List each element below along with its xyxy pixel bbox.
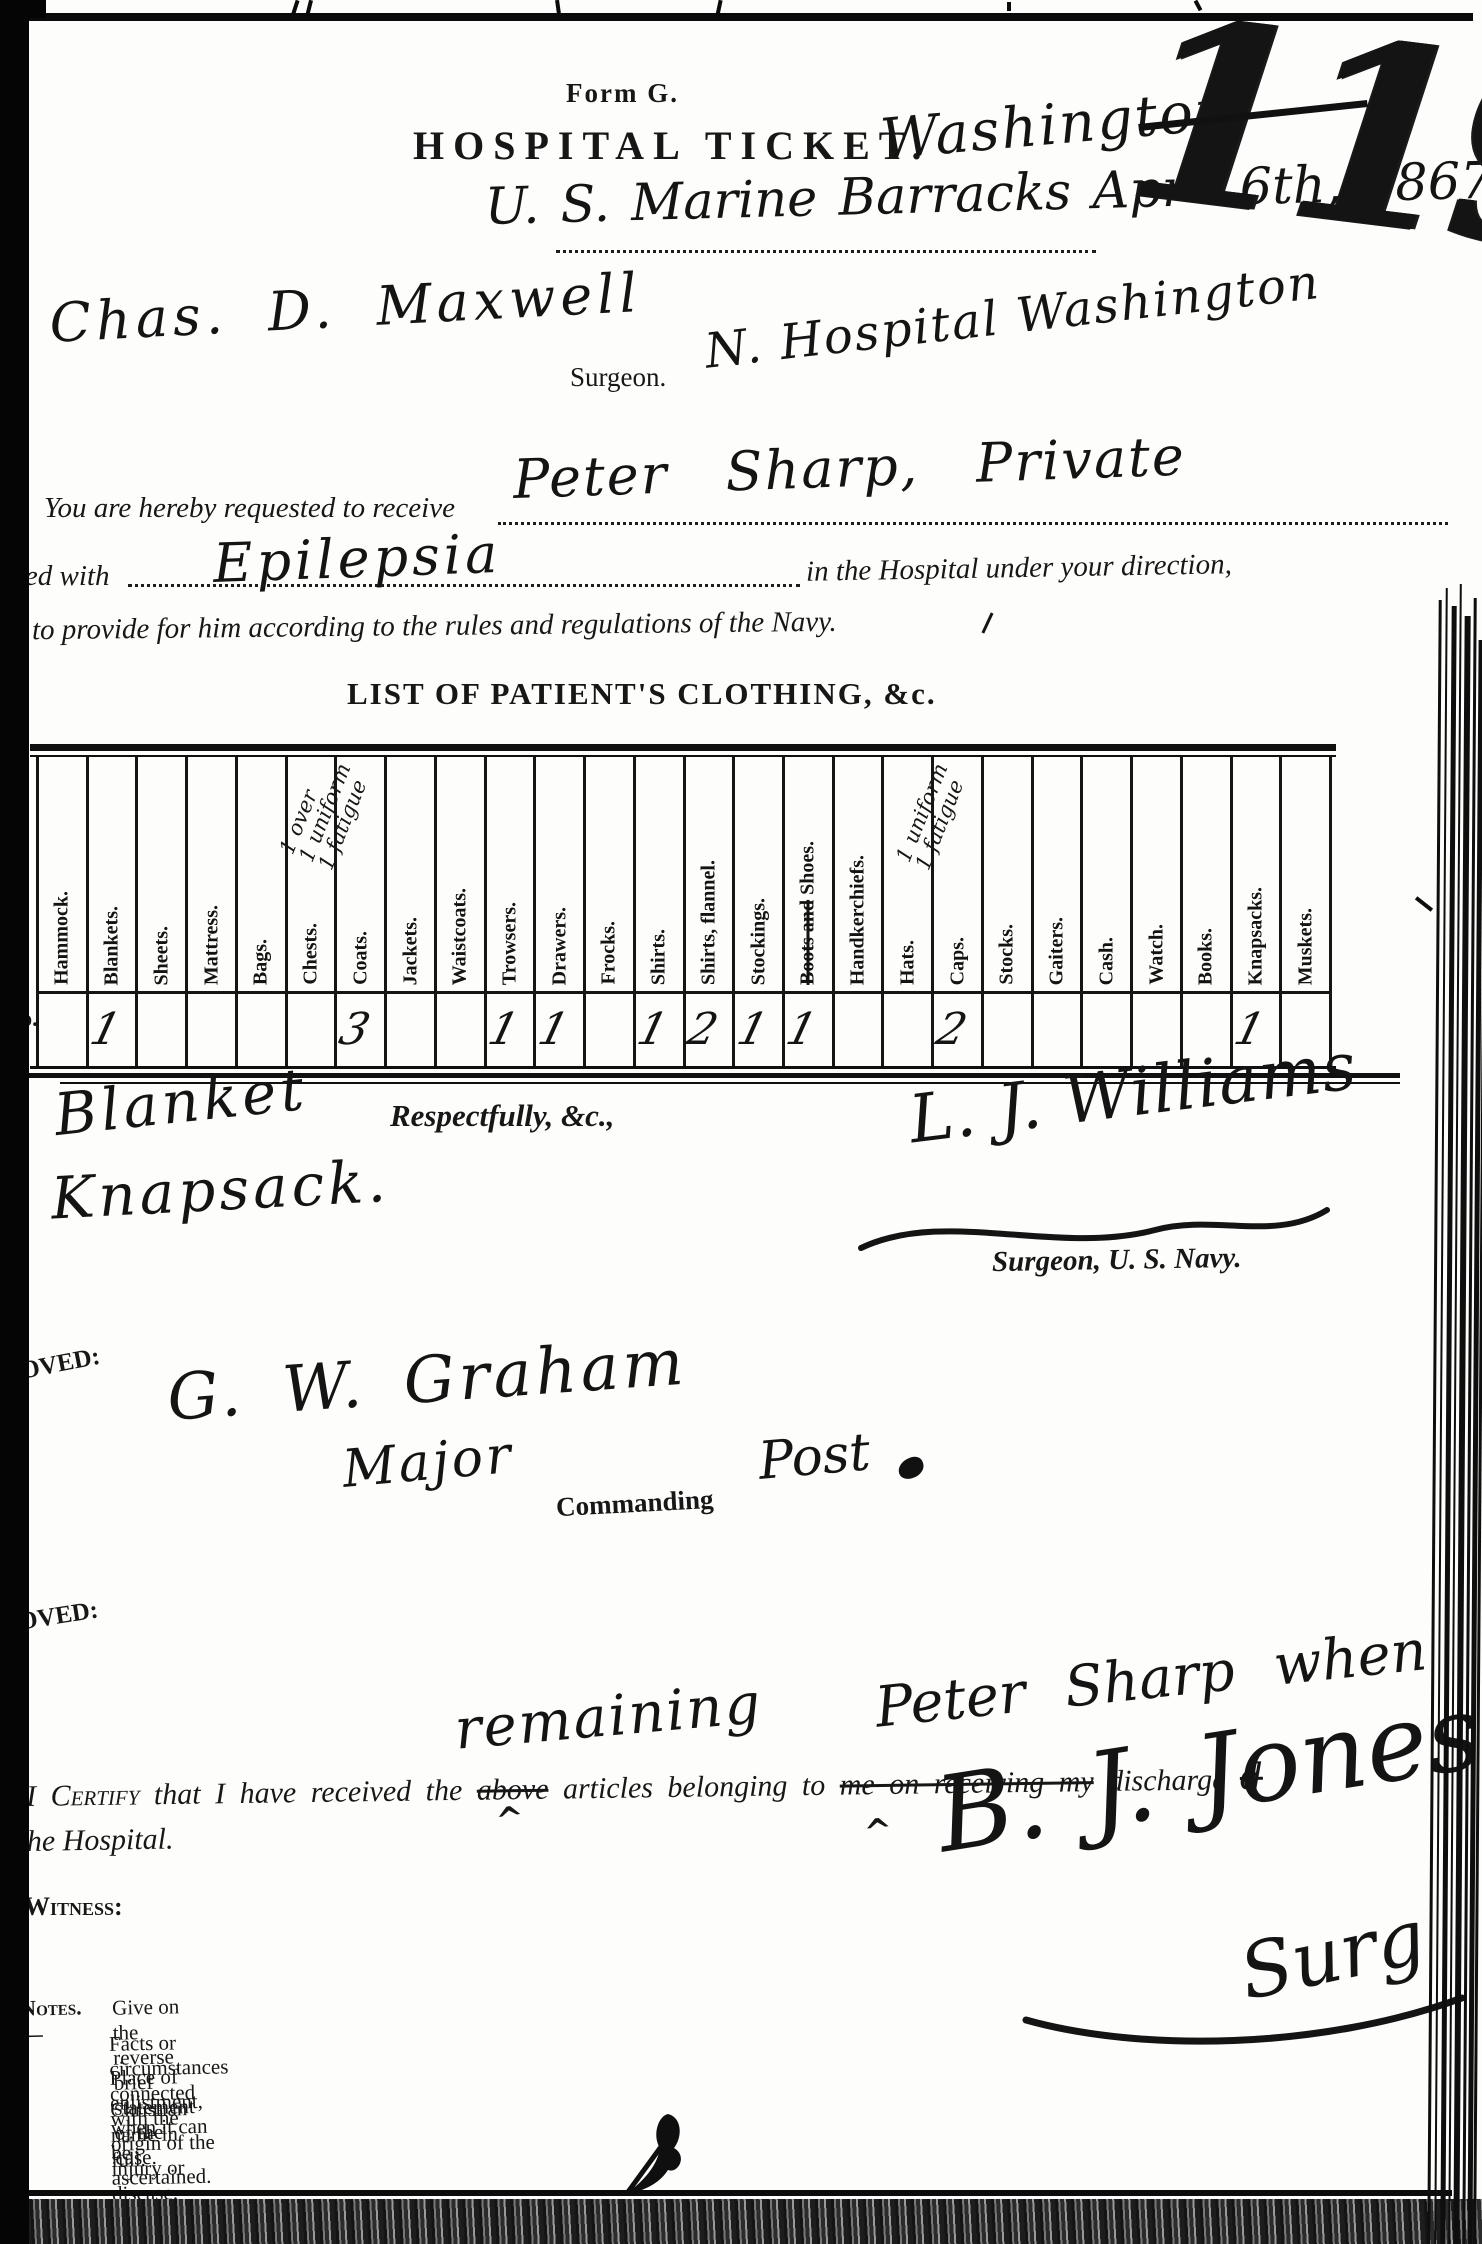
certify-text: that I have received the [139,1774,477,1812]
provide-printed-line: to provide for him according to the rule… [32,606,837,647]
column-value-cell [138,994,185,1064]
binding-hook-mark [1415,896,1433,911]
column-header-cell: Trowsers. [487,757,534,994]
column-value: 1 [632,1004,673,1055]
scan-corner-blob [0,0,46,18]
cropped-handwriting-stroke [555,0,561,14]
column-label: Trowsers. [498,902,521,985]
ink-blot [608,2104,728,2199]
clothing-column: Shirts, flannel.2 [683,757,733,1066]
document-page: Form G. HOSPITAL TICKET. Washington 119 … [0,0,1482,2244]
column-header-cell: Handkerchiefs. [835,757,882,994]
column-header-cell: Blankets. [89,757,136,994]
clothing-column: Shirts.1 [633,757,683,1066]
ink-blob [895,1454,926,1482]
scan-bottom-band [0,2199,1482,2244]
column-value-cell [39,994,86,1064]
column-label: Hats. [896,940,919,985]
handwritten-station: N. Hospital Washington [702,254,1323,380]
column-header-cell: Stockings. [735,757,782,994]
column-label: Shirts. [648,929,671,985]
clothing-column: Hammock. [36,757,86,1066]
column-label: Books. [1195,928,1218,985]
clothing-column: Coats.1 over1 uniform1 fatigue3 [334,757,384,1066]
surgeon-title: Surgeon, U. S. Navy. [992,1242,1242,1279]
column-header-cell: Watch. [1133,757,1180,994]
signature-swoosh [1020,1990,1470,2060]
column-value-cell [835,994,882,1064]
column-label: Cash. [1095,937,1118,985]
column-header-cell: Waistcoats. [437,757,484,994]
column-header-cell: Shirts. [636,757,683,994]
column-header-cell: Books. [1183,757,1230,994]
insertion-caret: ^ [862,1811,895,1854]
column-label: Mattress. [200,905,223,985]
clothing-column: Drawers.1 [533,757,583,1066]
column-value: 1 [782,1004,823,1055]
column-label: Shirts, flannel. [697,860,720,985]
table-top-border [30,744,1336,751]
clothing-column: Books. [1180,757,1230,1066]
column-value-cell [1183,994,1230,1064]
column-header-cell: Frocks. [586,757,633,994]
clothing-column: Boots and Shoes.1 [782,757,832,1066]
handwritten-rank: Major [340,1425,516,1500]
column-label: Knapsacks. [1244,887,1267,985]
column-header-cell: Knapsacks. [1233,757,1280,994]
column-value-cell [586,994,633,1064]
clothing-column: Frocks. [583,757,633,1066]
column-label: Hammock. [51,891,74,985]
column-value-cell [1034,994,1081,1064]
column-header-cell: Drawers. [536,757,583,994]
handwritten-left-note-knapsack: 1 Knapsack. [0,1147,391,1236]
column-value: 1 [533,1004,574,1055]
handwritten-patient-name: Peter Sharp, Private [512,425,1187,511]
column-label: Caps. [946,937,969,985]
column-label: Watch. [1145,924,1168,985]
column-header-cell: Hammock. [39,757,86,994]
column-label: Frocks. [598,921,621,985]
column-value-cell: 1 [636,994,683,1064]
column-label: Stocks. [996,924,1019,985]
document-title: HOSPITAL TICKET. [413,122,930,169]
column-header-cell: Sheets. [138,757,185,994]
clothing-column: Mattress. [185,757,235,1066]
clothing-column: Blankets.1 [86,757,136,1066]
column-label: Jackets. [399,917,422,985]
column-value-cell: 1 [89,994,136,1064]
column-value-cell [188,994,235,1064]
respectfully-label: Respectfully, &c., [390,1098,614,1134]
clothing-column: Caps.1 uniform1 fatigue2 [931,757,981,1066]
column-label: Handkerchiefs. [847,855,870,985]
column-header-cell: Mattress. [188,757,235,994]
clothing-column: Handkerchiefs. [832,757,882,1066]
handwritten-post: Post [756,1422,873,1492]
column-header-cell: Muskets. [1282,757,1329,994]
clothing-column: Jackets. [384,757,434,1066]
surgeon-label: Surgeon. [570,362,666,393]
column-value-cell: 1 [785,994,832,1064]
insertion-caret: ^ [493,1798,527,1842]
clothing-table: Hammock.Blankets.1Sheets.Mattress.Bags.C… [36,757,1332,1066]
dotted-leader-line [128,584,800,587]
column-label: Muskets. [1294,908,1317,985]
column-value-cell [437,994,484,1064]
scan-top-rule [26,13,1473,21]
column-value: 2 [931,1004,972,1055]
column-value-cell: 3 [337,994,384,1064]
column-value-cell: 1 [1233,994,1280,1064]
clothing-column: Stocks. [981,757,1031,1066]
column-value-cell [884,994,931,1064]
cropped-handwriting-stroke [1007,2,1011,11]
clothing-column: Trowsers.1 [484,757,534,1066]
scan-bottom-rule [0,2190,1452,2196]
clothing-column: Gaiters. [1031,757,1081,1066]
column-header-cell: Stocks. [984,757,1031,994]
struck-label-part: Boots and [797,900,819,985]
column-value: 1 [483,1004,524,1055]
clothing-column: Muskets. [1279,757,1332,1066]
request-printed-text: You are hereby requested to receive [44,492,455,525]
column-value: 1 [1229,1004,1270,1055]
column-value-cell: 1 [536,994,583,1064]
column-value-cell: 2 [686,994,733,1064]
column-value-cell [984,994,1031,1064]
column-header-cell: Boots and Shoes. [785,757,832,994]
witness-label: Witness: [24,1892,123,1922]
form-label: Form G. [566,78,679,109]
column-header-cell: Caps.1 uniform1 fatigue [934,757,981,994]
column-header-cell: Shirts, flannel. [686,757,733,994]
clothing-column: Stockings.1 [732,757,782,1066]
certify-text: to [802,1769,840,1803]
note-line: Christian name in full. [110,2096,189,2173]
column-value: 3 [334,1004,375,1055]
column-label: Chests. [300,923,323,985]
certify-text: articles belonging [548,1769,802,1806]
column-value: 1 [85,1004,126,1055]
column-value: 1 [732,1004,773,1055]
clothing-column: Waistcoats. [434,757,484,1066]
handwritten-left-note-blanket: 1 Blanket [0,1055,311,1156]
column-header-cell: Bags. [238,757,285,994]
column-value-cell [238,994,285,1064]
column-header-cell: Coats.1 over1 uniform1 fatigue [337,757,384,994]
scan-left-edge [0,8,29,2244]
handwritten-ticket-number: 119 [1114,0,1482,311]
column-value-cell: 1 [735,994,782,1064]
column-header-cell: Cash. [1083,757,1130,994]
clothing-column: Knapsacks.1 [1230,757,1280,1066]
handwritten-addressee-name: Chas. D. Maxwell [48,261,643,355]
column-label: Blankets. [101,906,124,985]
column-value-cell: 2 [934,994,981,1064]
clothing-table-title: LIST OF PATIENT'S CLOTHING, &c. [347,676,937,712]
column-label: Boots and Shoes. [797,841,820,985]
column-value: 2 [682,1004,723,1055]
clothing-column: Watch. [1130,757,1180,1066]
clothing-column: Cash. [1080,757,1130,1066]
column-value-cell [288,994,335,1064]
commanding-label: Commanding [555,1484,714,1523]
handwritten-insert-remaining: remaining [452,1671,765,1763]
column-label: Waistcoats. [449,888,472,985]
column-label: Stockings. [747,898,770,985]
approver-signature: G. W. Graham [165,1326,690,1436]
notes-label: Notes.— [20,1994,82,2047]
clothing-column: Sheets. [135,757,185,1066]
column-label: Bags. [250,939,273,985]
column-label: Coats. [349,931,372,985]
column-header-cell: Jackets. [387,757,434,994]
column-header-cell: Gaiters. [1034,757,1081,994]
column-value-cell [1282,994,1329,1064]
dotted-leader-line [556,250,1096,253]
clothing-column: Bags. [235,757,285,1066]
pen-tick-mark [981,612,993,633]
column-label: Sheets. [150,926,173,985]
column-value-cell [1083,994,1130,1064]
column-value-cell [387,994,434,1064]
condition-printed-right: in the Hospital under your direction, [806,548,1232,588]
dotted-leader-line [498,522,1448,525]
certify-word: I Certify [26,1778,140,1813]
column-label: Gaiters. [1046,917,1069,985]
column-value-cell: 1 [487,994,534,1064]
column-label: Drawers. [548,907,571,985]
column-value-cell [1133,994,1180,1064]
